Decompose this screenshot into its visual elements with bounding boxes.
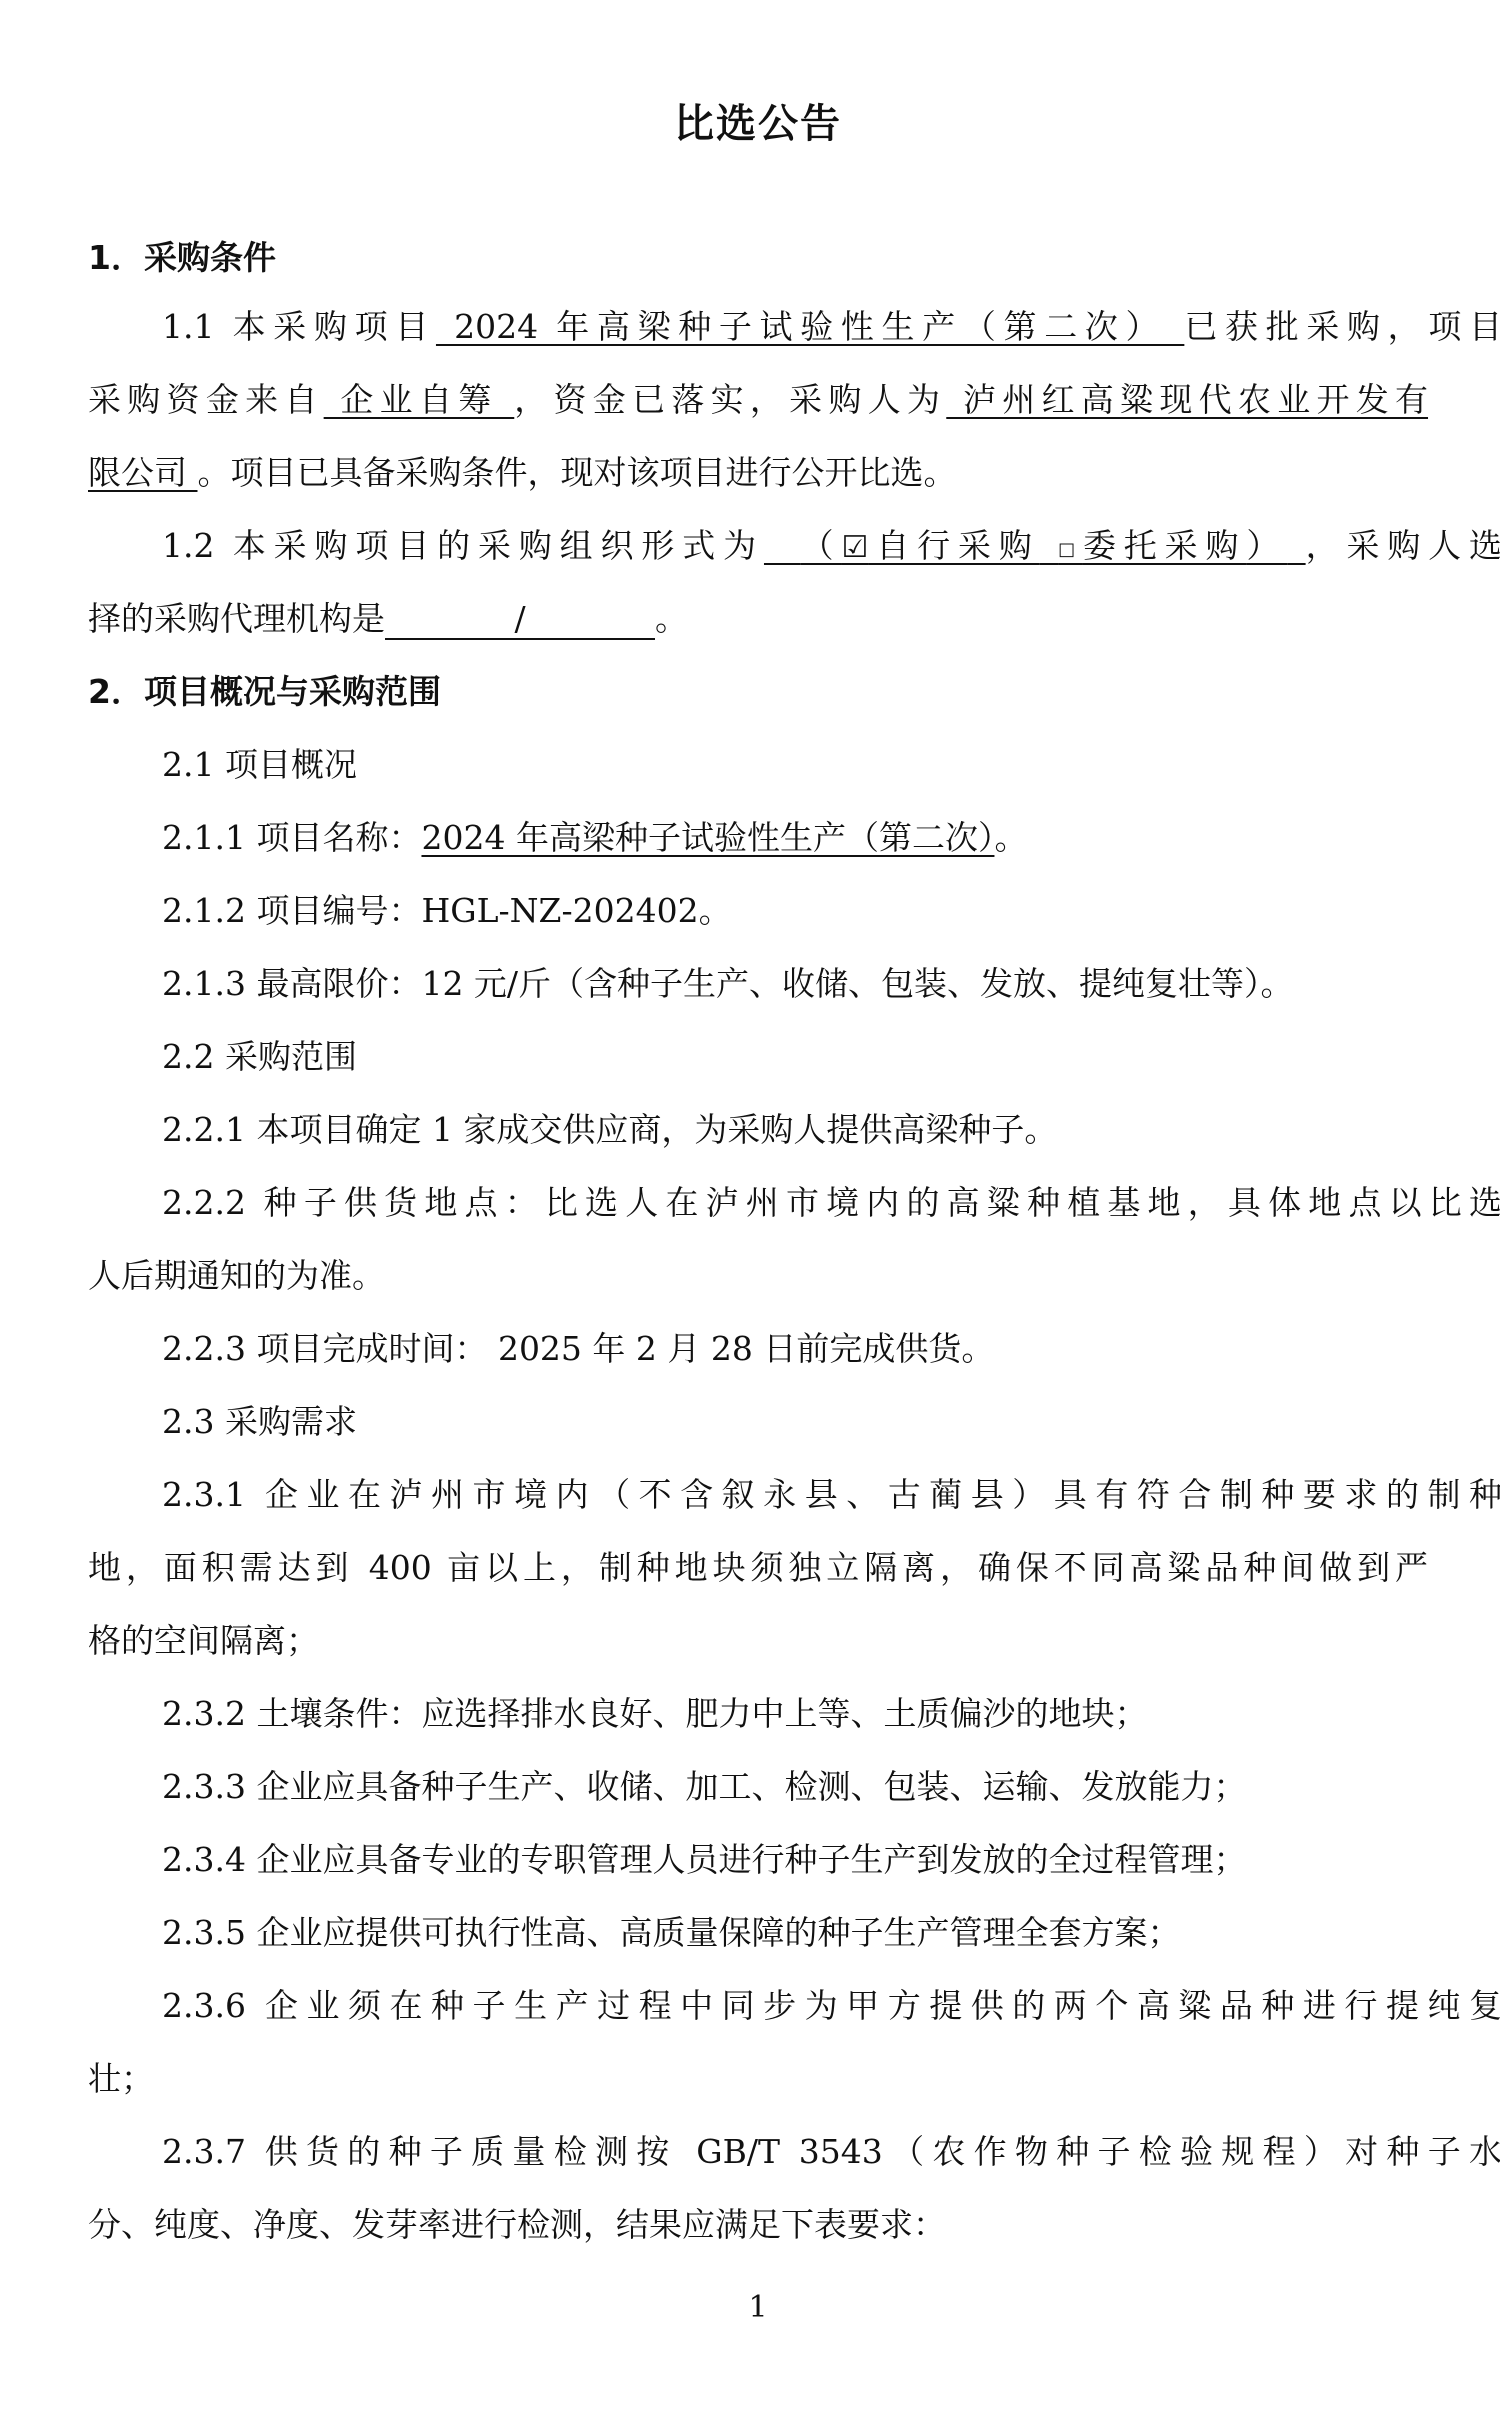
checkbox-checked-icon: ☑ [842,530,869,565]
para-1-2-line-2: 择的采购代理机构是/。 [88,597,1428,641]
purchaser-field-part-2: 限公司 [88,453,198,492]
item-2-1-2: 2.1.2 项目编号：HGL-NZ-202402。 [88,889,1500,933]
item-2-3-6-line-2: 壮； [88,2057,1428,2101]
para-1-1-prefix: 1.1 本采购项目 [162,307,436,346]
item-2-3-2: 2.3.2 土壤条件：应选择排水良好、肥力中上等、土质偏沙的地块； [88,1692,1500,1736]
purchaser-label: ，资金已落实，采购人为 [514,380,946,419]
agency-suffix: 。 [655,599,688,638]
item-2-2-1: 2.2.1 本项目确定 1 家成交供应商，为采购人提供高梁种子。 [88,1108,1500,1152]
option-entrusted-procurement: 委托采购 [1083,526,1246,565]
item-2-3-4: 2.3.4 企业应具备专业的专职管理人员进行种子生产到发放的全过程管理； [88,1838,1500,1882]
agency-field: / [385,600,655,640]
checkbox-unchecked-icon: □ [1058,539,1083,560]
para-1-2-suffix: ，采购人选 [1306,526,1500,565]
close-paren: ） [1246,526,1287,565]
item-2-2-3: 2.2.3 项目完成时间： 2025 年 2 月 28 日前完成供货。 [88,1327,1500,1371]
fund-source-label: 采购资金来自 [88,380,324,419]
para-1-1-line-2: 采购资金来自 企业自筹 ，资金已落实，采购人为 泸州红高粱现代农业开发有 [88,378,1428,422]
subsection-2-3: 2.3 采购需求 [88,1400,1500,1444]
item-2-3-3: 2.3.3 企业应具备种子生产、收储、加工、检测、包装、运输、发放能力； [88,1765,1500,1809]
item-2-3-7-line-2: 分、纯度、净度、发芽率进行检测，结果应满足下表要求： [88,2203,1428,2247]
para-1-2-prefix: 1.2 本采购项目的采购组织形式为 [162,526,764,565]
option-self-procurement: 自行采购 [868,526,1039,565]
section-2-heading: 2．项目概况与采购范围 [88,670,1428,714]
purchaser-field-part-1: 泸州红高粱现代农业开发有 [946,380,1428,419]
para-1-1-line-1: 1.1 本采购项目 2024 年高梁种子试验性生产（第二次） 已获批采购，项目 [88,305,1500,349]
project-name-label: 2.1.1 项目名称： [162,818,421,857]
item-2-1-3: 2.1.3 最高限价：12 元/斤（含种子生产、收储、包装、发放、提纯复壮等）。 [88,962,1500,1006]
page-number: 1 [88,2290,1428,2325]
project-name-value: 2024 年高梁种子试验性生产（第二次） [421,818,994,857]
agency-label: 择的采购代理机构是 [88,599,385,638]
item-2-3-5: 2.3.5 企业应提供可执行性高、高质量保障的种子生产管理全套方案； [88,1911,1500,1955]
item-2-1-1: 2.1.1 项目名称：2024 年高梁种子试验性生产（第二次）。 [88,816,1500,860]
item-2-3-7-line-1: 2.3.7 供货的种子质量检测按 GB/T 3543（农作物种子检验规程）对种子… [88,2130,1500,2174]
para-1-1-after: 已获批采购，项目 [1184,307,1500,346]
item-2-3-1-line-1: 2.3.1 企业在泸州市境内（不含叙永县、古蔺县）具有符合制种要求的制种 [88,1473,1500,1517]
para-1-1-suffix: 。项目已具备采购条件，现对该项目进行公开比选。 [198,453,957,492]
project-name-end: 。 [994,818,1027,857]
item-2-2-2-line-1: 2.2.2 种子供货地点：比选人在泸州市境内的高粱种植基地，具体地点以比选 [88,1181,1500,1225]
subsection-2-2: 2.2 采购范围 [88,1035,1500,1079]
procurement-form-field: （☑自行采购 □委托采购） [764,526,1306,565]
document-title: 比选公告 [88,98,1428,150]
fund-source-field: 企业自筹 [324,380,515,419]
project-name-field: 2024 年高梁种子试验性生产（第二次） [436,307,1184,346]
subsection-2-1: 2.1 项目概况 [88,743,1500,787]
section-1-heading: 1．采购条件 [88,236,1428,280]
para-1-2-line-1: 1.2 本采购项目的采购组织形式为 （☑自行采购 □委托采购） ，采购人选 [88,524,1500,572]
item-2-3-1-line-3: 格的空间隔离； [88,1619,1428,1663]
open-paren: （ [801,526,842,565]
item-2-3-1-line-2: 地，面积需达到 400 亩以上，制种地块须独立隔离，确保不同高粱品种间做到严 [88,1546,1428,1590]
item-2-3-6-line-1: 2.3.6 企业须在种子生产过程中同步为甲方提供的两个高粱品种进行提纯复 [88,1984,1500,2028]
item-2-2-2-line-2: 人后期通知的为准。 [88,1254,1428,1298]
para-1-1-line-3: 限公司 。项目已具备采购条件，现对该项目进行公开比选。 [88,451,1428,495]
